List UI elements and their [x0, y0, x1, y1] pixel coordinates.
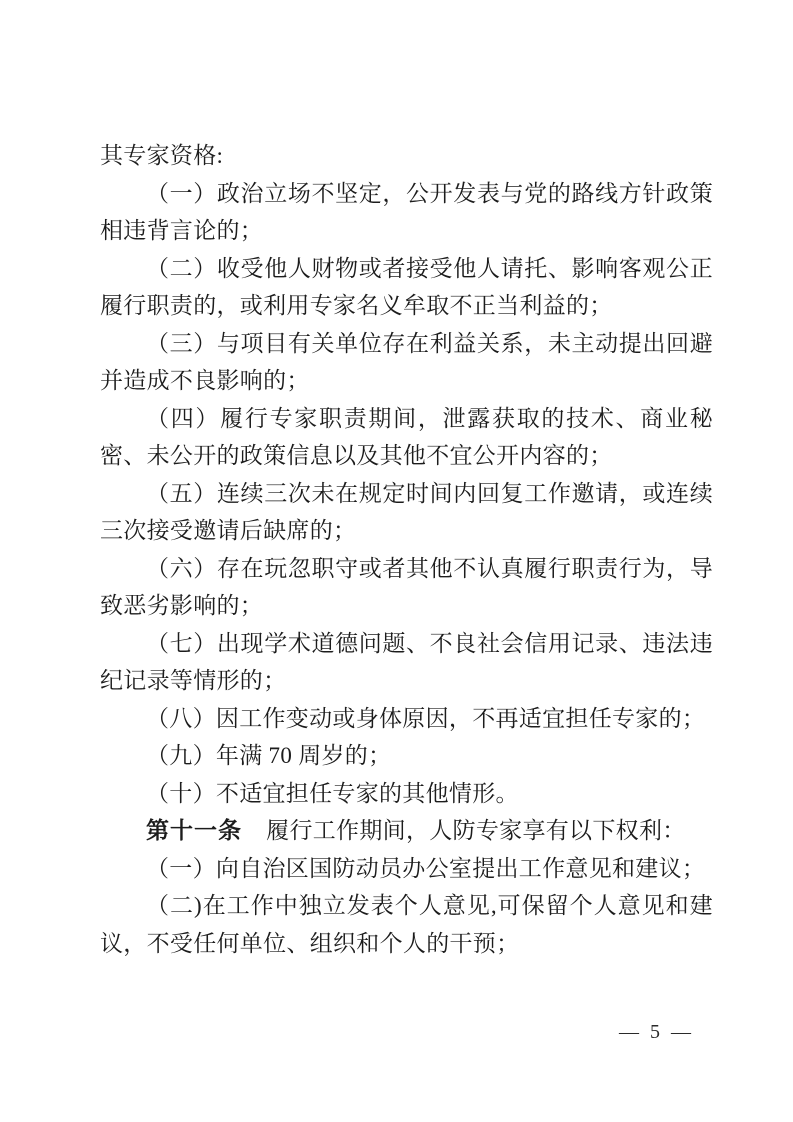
clause-item-2: （二）收受他人财物或者接受他人请托、影响客观公正履行职责的，或利用专家名义牟取不… — [100, 250, 713, 325]
clause-item-10: （十）不适宜担任专家的其他情形。 — [100, 775, 713, 813]
document-body: 其专家资格: （一）政治立场不坚定，公开发表与党的路线方针政策相违背言论的； （… — [100, 137, 713, 962]
paragraph-continuation: 其专家资格: — [100, 137, 713, 175]
clause-item-1: （一）政治立场不坚定，公开发表与党的路线方针政策相违背言论的； — [100, 175, 713, 250]
clause-item-8: （八）因工作变动或身体原因，不再适宜担任专家的； — [100, 700, 713, 738]
article-11-number: 第十一条 — [146, 817, 242, 843]
clause-item-7: （七）出现学术道德问题、不良社会信用记录、违法违纪记录等情形的； — [100, 625, 713, 700]
rights-item-2: （二)在工作中独立发表个人意见,可保留个人意见和建议，不受任何单位、组织和个人的… — [100, 887, 713, 962]
clause-item-9: （九）年满 70 周岁的； — [100, 737, 713, 775]
document-page: 其专家资格: （一）政治立场不坚定，公开发表与党的路线方针政策相违背言论的； （… — [0, 0, 793, 1122]
clause-item-5: （五）连续三次未在规定时间内回复工作邀请，或连续三次接受邀请后缺席的； — [100, 475, 713, 550]
rights-item-1: （一）向自治区国防动员办公室提出工作意见和建议； — [100, 850, 713, 888]
page-number: — 5 — — [619, 1021, 694, 1044]
clause-item-4: （四）履行专家职责期间，泄露获取的技术、商业秘密、未公开的政策信息以及其他不宜公… — [100, 400, 713, 475]
clause-item-6: （六）存在玩忽职守或者其他不认真履行职责行为，导致恶劣影响的； — [100, 550, 713, 625]
article-11-line: 第十一条履行工作期间，人防专家享有以下权利： — [100, 812, 713, 850]
article-11-text: 履行工作期间，人防专家享有以下权利： — [266, 818, 685, 843]
clause-item-3: （三）与项目有关单位存在利益关系，未主动提出回避并造成不良影响的； — [100, 325, 713, 400]
